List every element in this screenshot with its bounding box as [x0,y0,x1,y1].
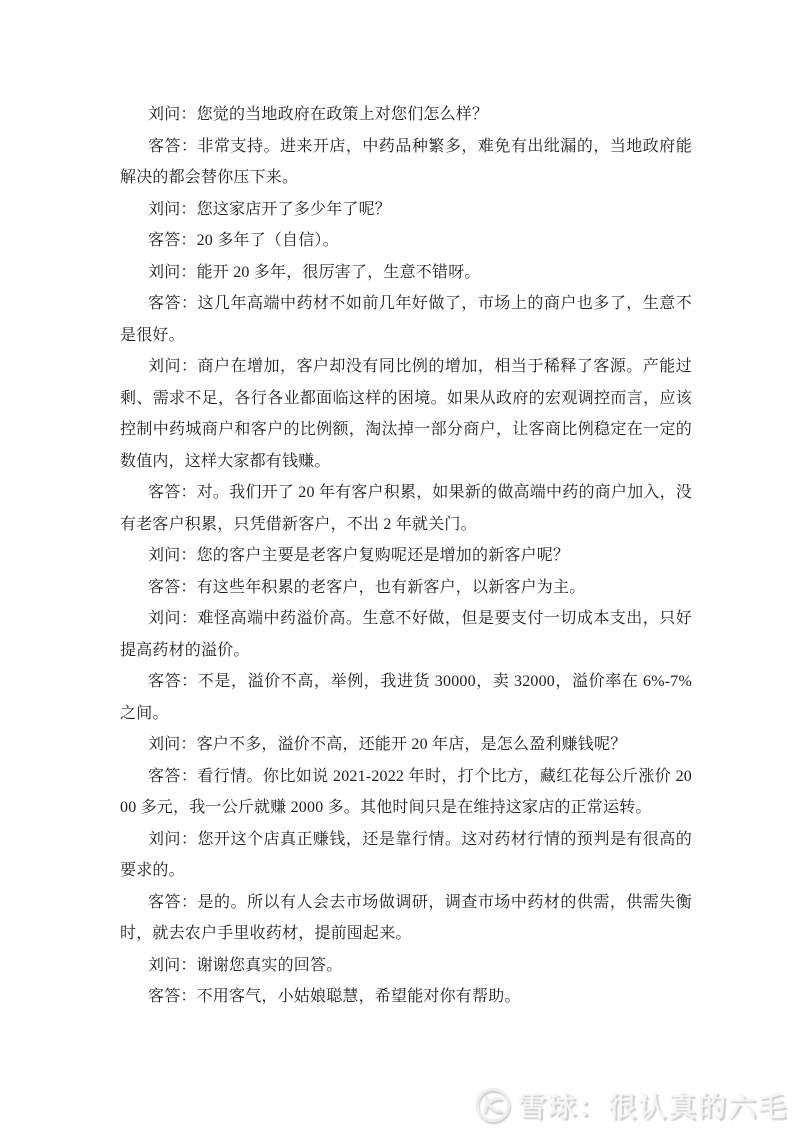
dialogue-paragraph: 客答：有这些年积累的老客户，也有新客户，以新客户为主。 [120,572,692,604]
watermark-text: 雪球：很认真的六毛 [518,1085,788,1125]
dialogue-transcript: 刘问：您觉的当地政府在政策上对您们怎么样？客答：非常支持。进来开店，中药品种繁多… [120,99,692,1013]
dialogue-paragraph: 刘问：谢谢您真实的回答。 [120,950,692,982]
watermark: 雪球：很认真的六毛 [474,1085,788,1125]
dialogue-paragraph: 客答：这几年高端中药材不如前几年好做了，市场上的商户也多了，生意不是很好。 [120,288,692,351]
dialogue-paragraph: 客答：不用客气，小姑娘聪慧，希望能对你有帮助。 [120,981,692,1013]
dialogue-paragraph: 客答：对。我们开了 20 年有客户积累，如果新的做高端中药的商户加入，没有老客户… [120,477,692,540]
dialogue-paragraph: 客答：看行情。你比如说 2021-2022 年时，打个比方，藏红花每公斤涨价 2… [120,761,692,824]
dialogue-paragraph: 刘问：您开这个店真正赚钱，还是靠行情。这对药材行情的预判是有很高的要求的。 [120,824,692,887]
dialogue-paragraph: 客答：不是，溢价不高，举例，我进货 30000，卖 32000，溢价率在 6%-… [120,666,692,729]
dialogue-paragraph: 客答：是的。所以有人会去市场做调研，调查市场中药材的供需，供需失衡时，就去农户手… [120,887,692,950]
dialogue-paragraph: 刘问：能开 20 多年，很厉害了，生意不错呀。 [120,257,692,289]
dialogue-paragraph: 客答：非常支持。进来开店，中药品种繁多，难免有出纰漏的，当地政府能解决的都会替你… [120,131,692,194]
dialogue-paragraph: 刘问：您这家店开了多少年了呢？ [120,194,692,226]
dialogue-paragraph: 刘问：客户不多，溢价不高，还能开 20 年店，是怎么盈利赚钱呢？ [120,729,692,761]
xueqiu-logo-icon [474,1086,512,1124]
dialogue-paragraph: 客答：20 多年了（自信）。 [120,225,692,257]
dialogue-paragraph: 刘问：您的客户主要是老客户复购呢还是增加的新客户呢？ [120,540,692,572]
dialogue-paragraph: 刘问：商户在增加，客户却没有同比例的增加，相当于稀释了客源。产能过剩、需求不足，… [120,351,692,477]
document-page: 刘问：您觉的当地政府在政策上对您们怎么样？客答：非常支持。进来开店，中药品种繁多… [0,0,800,1131]
dialogue-paragraph: 刘问：您觉的当地政府在政策上对您们怎么样？ [120,99,692,131]
dialogue-paragraph: 刘问：难怪高端中药溢价高。生意不好做，但是要支付一切成本支出，只好提高药材的溢价… [120,603,692,666]
